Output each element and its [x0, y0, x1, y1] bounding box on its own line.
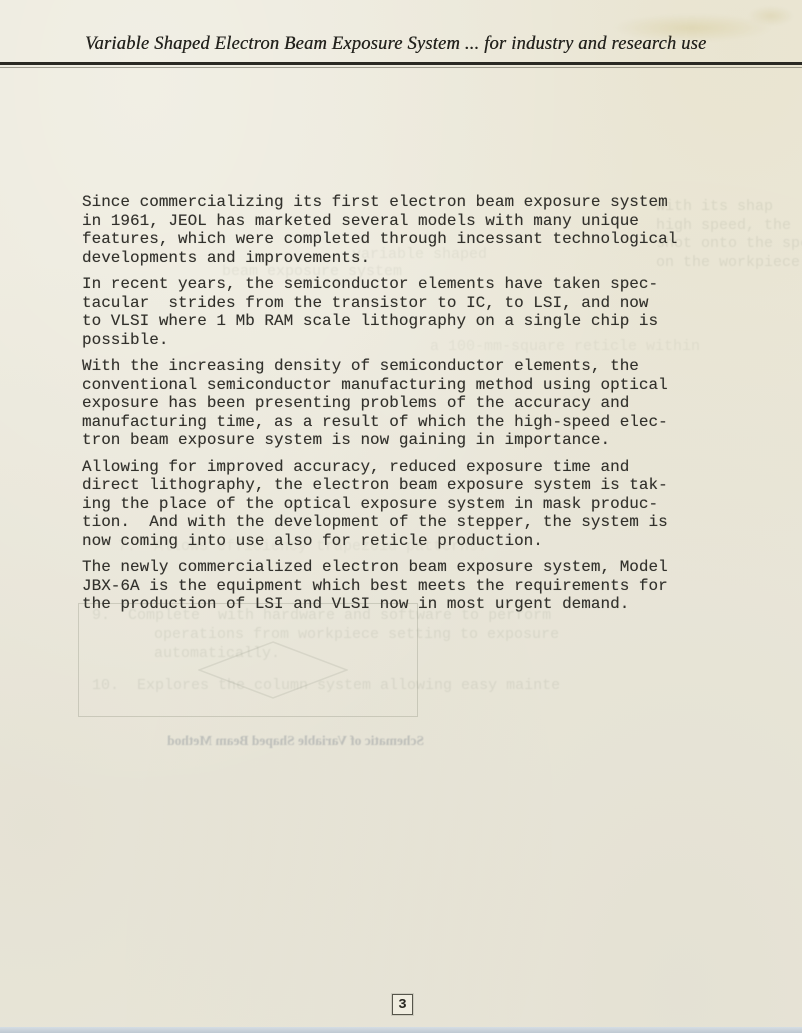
text-line: now coming into use also for reticle pro… — [82, 532, 702, 551]
text-line: ing the place of the optical exposure sy… — [82, 495, 702, 514]
paragraph: With the increasing density of semicondu… — [82, 357, 702, 450]
scanned-document-page: Variable Shaped Electron Beam Exposure S… — [0, 0, 802, 1033]
text-line: in 1961, JEOL has marketed several model… — [82, 212, 702, 231]
text-line: Allowing for improved accuracy, reduced … — [82, 458, 702, 477]
paragraph: Allowing for improved accuracy, reduced … — [82, 458, 702, 551]
body-paragraphs: Since commercializing its first electron… — [82, 193, 702, 622]
text-line: The newly commercialized electron beam e… — [82, 558, 702, 577]
text-line: Since commercializing its first electron… — [82, 193, 702, 212]
text-line: possible. — [82, 331, 702, 350]
text-line: tion. And with the development of the st… — [82, 513, 702, 532]
text-line: the production of LSI and VLSI now in mo… — [82, 595, 702, 614]
paragraph: The newly commercialized electron beam e… — [82, 558, 702, 614]
page-number: 3 — [398, 997, 406, 1013]
text-line: In recent years, the semiconductor eleme… — [82, 275, 702, 294]
bleedthrough-smudge-small — [748, 6, 794, 26]
text-line: developments and improvements. — [82, 249, 702, 268]
header-rule-thick — [0, 62, 802, 65]
paragraph: Since commercializing its first electron… — [82, 193, 702, 267]
text-line: tacular strides from the transistor to I… — [82, 294, 702, 313]
text-line: direct lithography, the electron beam ex… — [82, 476, 702, 495]
text-line: features, which were completed through i… — [82, 230, 702, 249]
text-line: exposure has been presenting problems of… — [82, 394, 702, 413]
text-line: to VLSI where 1 Mb RAM scale lithography… — [82, 312, 702, 331]
text-line: conventional semiconductor manufacturing… — [82, 376, 702, 395]
text-line: JBX-6A is the equipment which best meets… — [82, 577, 702, 596]
bleedthrough-diamond-shape — [198, 641, 348, 699]
header-rule-thin — [0, 67, 802, 68]
text-line: tron beam exposure system is now gaining… — [82, 431, 702, 450]
paragraph: In recent years, the semiconductor eleme… — [82, 275, 702, 349]
scan-edge-strip — [0, 1027, 802, 1033]
bleedthrough-mirrored-caption: Schematic of Variable Shaped Beam Method — [128, 733, 424, 749]
page-number-box: 3 — [392, 994, 413, 1015]
text-line: With the increasing density of semicondu… — [82, 357, 702, 376]
text-line: manufacturing time, as a result of which… — [82, 413, 702, 432]
